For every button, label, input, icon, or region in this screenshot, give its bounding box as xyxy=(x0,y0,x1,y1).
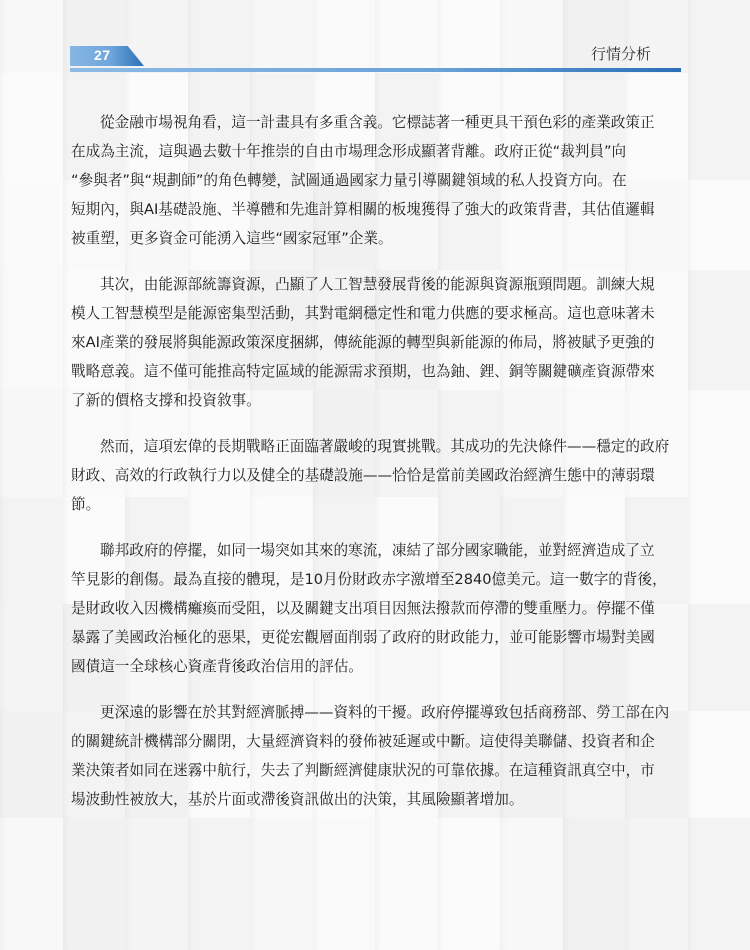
text-line: 了新的價格支撐和投資敘事。 xyxy=(71,386,686,415)
text-line: 竿見影的創傷。最為直接的體現，是10月份財政赤字激增至2840億美元。這一數字的… xyxy=(71,565,686,594)
text-line: 更深遠的影響在於其對經濟脈搏——資料的干擾。政府停擺導致包括商務部、勞工部在內 xyxy=(71,698,686,727)
text-line: “參與者”與“規劃師”的角色轉變，試圖通過國家力量引導關鍵領域的私人投資方向。在 xyxy=(71,166,686,195)
header-divider xyxy=(70,68,681,72)
paragraph-2: 其次，由能源部統籌資源，凸顯了人工智慧發展背後的能源與資源瓶頸問題。訓練大規 模… xyxy=(71,270,686,415)
text-line: 暴露了美國政治極化的惡果，更從宏觀層面削弱了政府的財政能力，並可能影響市場對美國 xyxy=(71,623,686,652)
paragraph-3: 然而，這項宏偉的長期戰略正面臨著嚴峻的現實挑戰。其成功的先決條件——穩定的政府 … xyxy=(71,432,686,519)
text-line: 聯邦政府的停擺，如同一場突如其來的寒流，凍結了部分國家職能，並對經濟造成了立 xyxy=(71,536,686,565)
page-number: 27 xyxy=(94,47,111,63)
text-line: 來AI產業的發展將與能源政策深度捆綁，傳統能源的轉型與新能源的佈局，將被賦予更強… xyxy=(71,328,686,357)
text-line: 模人工智慧模型是能源密集型活動，其對電網穩定性和電力供應的要求極高。這也意味著未 xyxy=(71,299,686,328)
text-line: 場波動性被放大，基於片面或滯後資訊做出的決策，其風險顯著增加。 xyxy=(71,785,686,814)
text-line: 然而，這項宏偉的長期戰略正面臨著嚴峻的現實挑戰。其成功的先決條件——穩定的政府 xyxy=(71,432,686,461)
text-line: 被重塑，更多資金可能湧入這些“國家冠軍”企業。 xyxy=(71,224,686,253)
paragraph-4: 聯邦政府的停擺，如同一場突如其來的寒流，凍結了部分國家職能，並對經濟造成了立 竿… xyxy=(71,536,686,681)
paragraph-5: 更深遠的影響在於其對經濟脈搏——資料的干擾。政府停擺導致包括商務部、勞工部在內 … xyxy=(71,698,686,814)
article-body: 從金融市場視角看，這一計畫具有多重含義。它標誌著一種更具干預色彩的產業政策正 在… xyxy=(71,108,686,831)
text-line: 短期內，與AI基礎設施、半導體和先進計算相關的板塊獲得了強大的政策背書，其估值邏… xyxy=(71,195,686,224)
text-line: 國債這一全球核心資產背後政治信用的評估。 xyxy=(71,652,686,681)
paragraph-1: 從金融市場視角看，這一計畫具有多重含義。它標誌著一種更具干預色彩的產業政策正 在… xyxy=(71,108,686,253)
text-line: 的關鍵統計機構部分關閉，大量經濟資料的發佈被延遲或中斷。這使得美聯儲、投資者和企 xyxy=(71,727,686,756)
text-line: 在成為主流，這與過去數十年推崇的自由市場理念形成顯著背離。政府正從“裁判員”向 xyxy=(71,137,686,166)
text-line: 其次，由能源部統籌資源，凸顯了人工智慧發展背後的能源與資源瓶頸問題。訓練大規 xyxy=(71,270,686,299)
text-line: 從金融市場視角看，這一計畫具有多重含義。它標誌著一種更具干預色彩的產業政策正 xyxy=(71,108,686,137)
text-line: 節。 xyxy=(71,490,686,519)
text-line: 是財政收入因機構癱瘓而受阻，以及關鍵支出項目因無法撥款而停滯的雙重壓力。停擺不僅 xyxy=(71,594,686,623)
text-line: 業決策者如同在迷霧中航行，失去了判斷經濟健康狀況的可靠依據。在這種資訊真空中，市 xyxy=(71,756,686,785)
text-line: 戰略意義。這不僅可能推高特定區域的能源需求預期，也為鈾、鋰、銅等關鍵礦產資源帶來 xyxy=(71,357,686,386)
text-line: 財政、高效的行政執行力以及健全的基礎設施——恰恰是當前美國政治經濟生態中的薄弱環 xyxy=(71,461,686,490)
section-title: 行情分析 xyxy=(591,43,651,64)
document-page: 27 行情分析 從金融市場視角看，這一計畫具有多重含義。它標誌著一種更具干預色彩… xyxy=(0,0,750,950)
page-header: 27 行情分析 xyxy=(70,45,681,73)
